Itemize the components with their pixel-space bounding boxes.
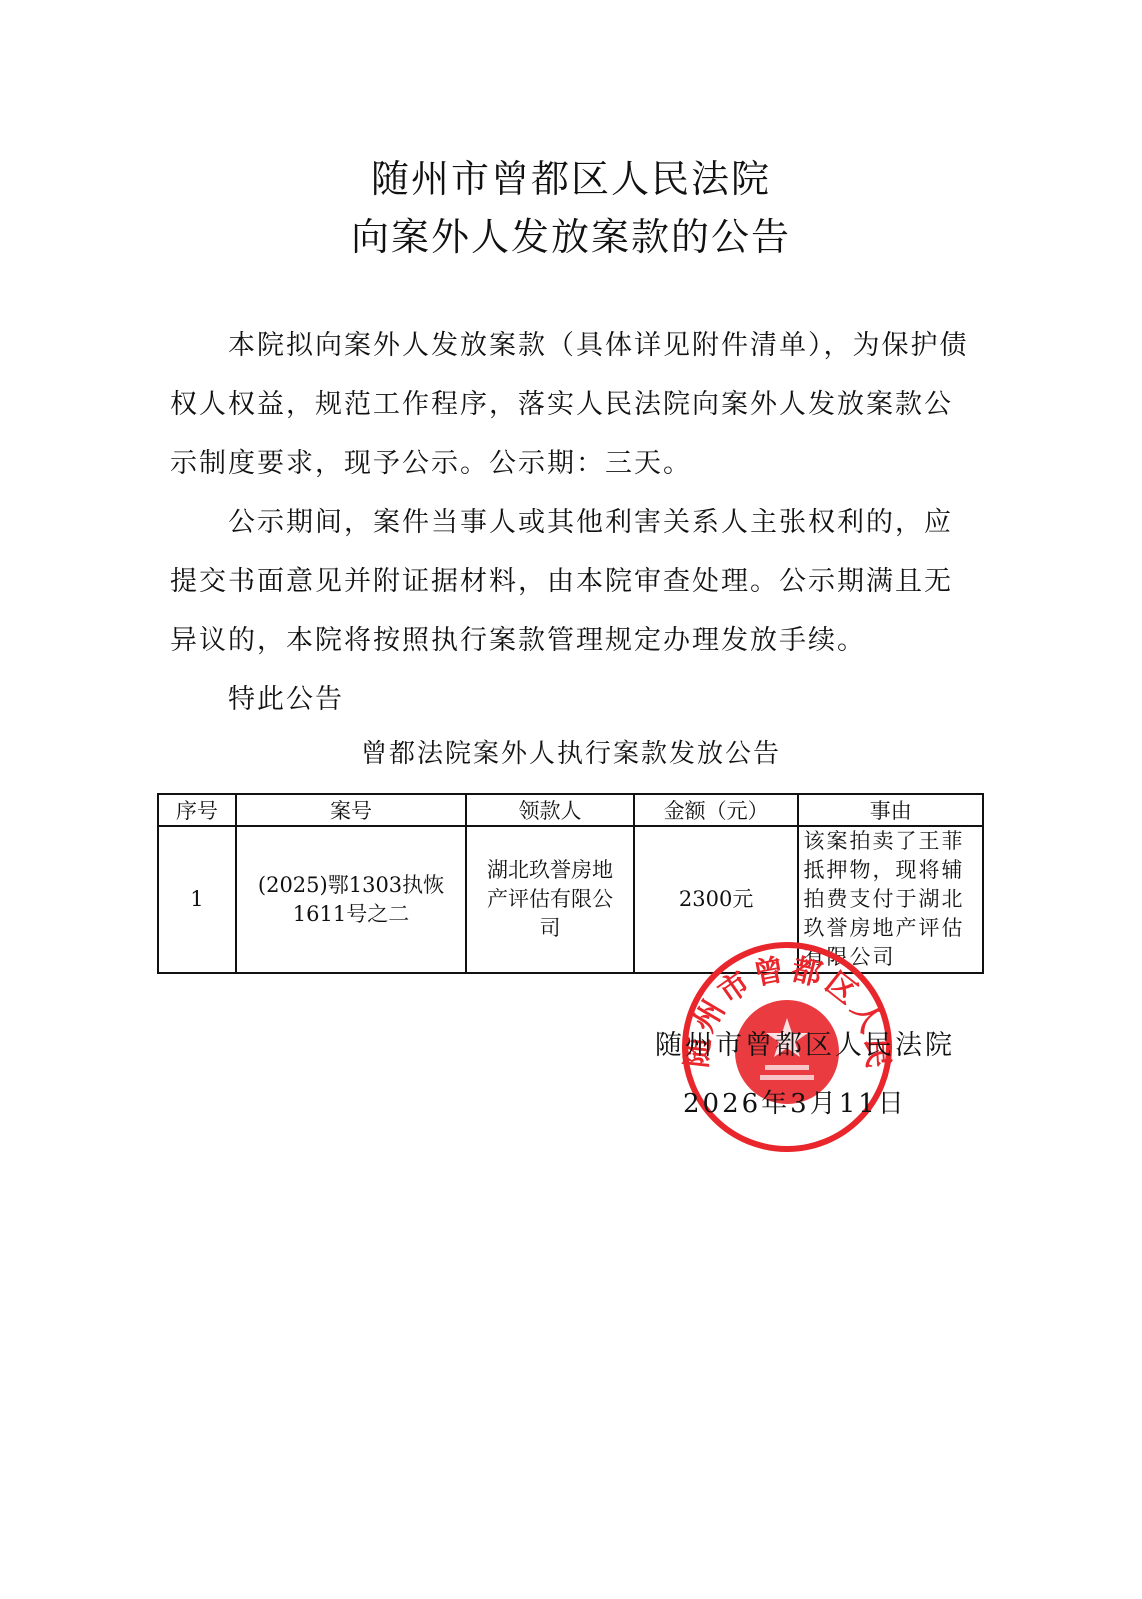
header-amount: 金额（元） [634, 794, 799, 826]
signature-date: 2026年3月11日 [683, 1083, 907, 1120]
header-case-no: 案号 [236, 794, 467, 826]
paragraph-2: 公示期间，案件当事人或其他利害关系人主张权利的，应提交书面意见并附证据材料，由本… [170, 493, 970, 670]
header-payee: 领款人 [466, 794, 634, 826]
paragraph-1: 本院拟向案外人发放案款（具体详见附件清单），为保护债权人权益，规范工作程序，落实… [170, 316, 970, 493]
paragraph-3: 特此公告 [170, 670, 970, 729]
notice-body: 本院拟向案外人发放案款（具体详见附件清单），为保护债权人权益，规范工作程序，落实… [170, 316, 970, 729]
table-title: 曾都法院案外人执行案款发放公告 [0, 733, 1142, 770]
header-index: 序号 [158, 794, 236, 826]
doc-title-line2: 向案外人发放案款的公告 [0, 206, 1142, 261]
cell-payee: 湖北玖誉房地产评估有限公司 [466, 826, 634, 973]
signature-court: 随州市曾都区人民法院 [655, 1023, 955, 1062]
cell-case-no: (2025)鄂1303执恢1611号之二 [236, 826, 467, 973]
header-reason: 事由 [798, 794, 983, 826]
doc-title-line1: 随州市曾都区人民法院 [0, 148, 1142, 203]
table-header-row: 序号 案号 领款人 金额（元） 事由 [158, 794, 983, 826]
cell-index: 1 [158, 826, 236, 973]
